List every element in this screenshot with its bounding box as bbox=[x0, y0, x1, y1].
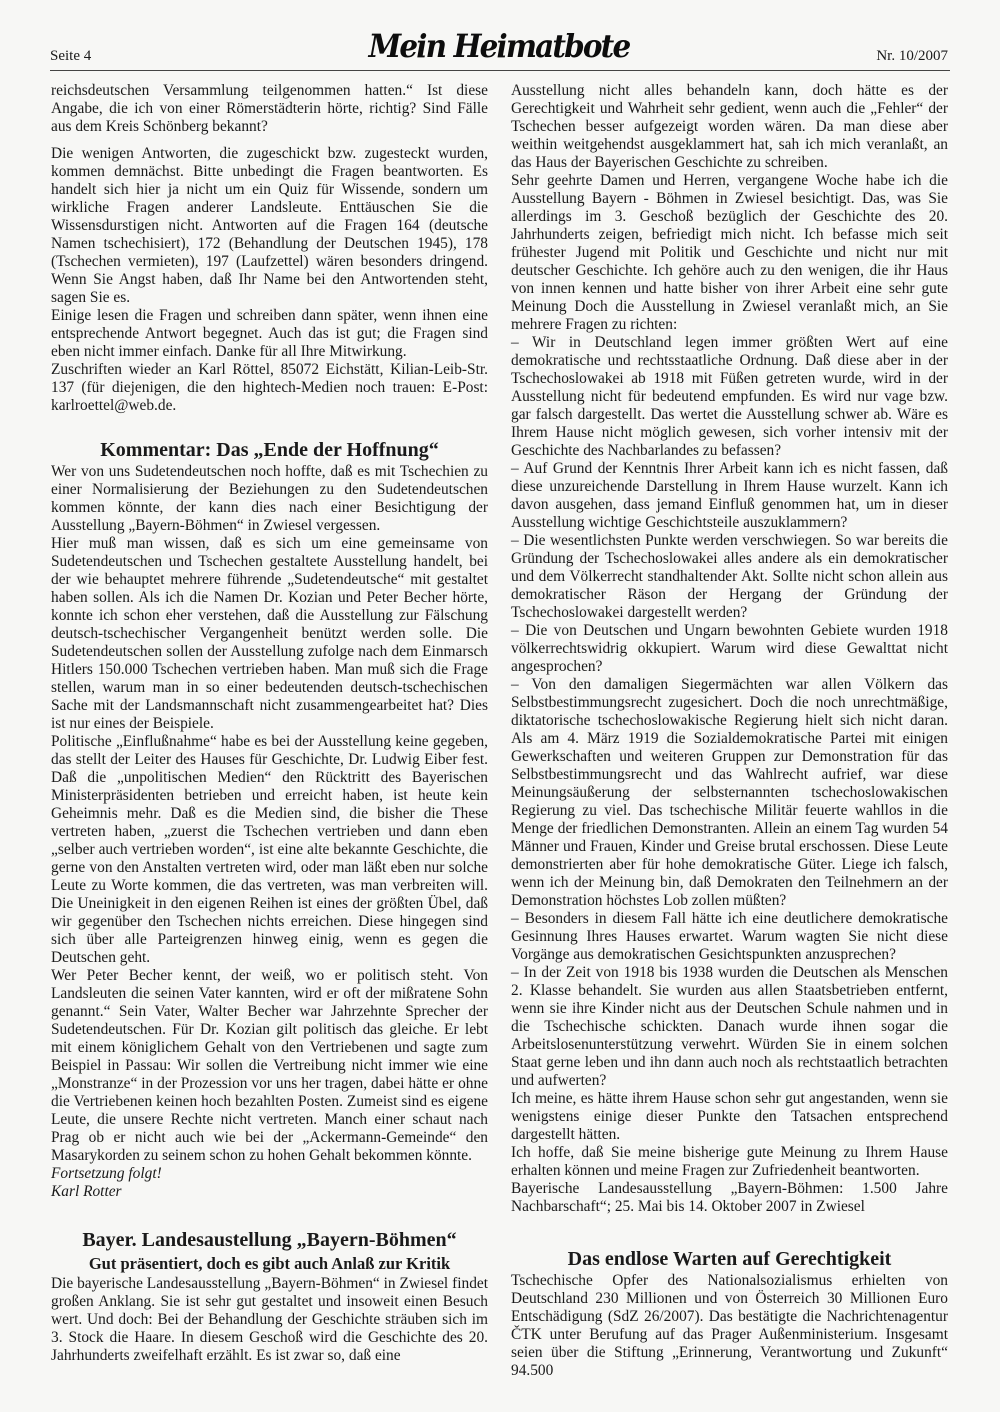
intro-paragraph: Zuschriften wieder an Karl Röttel, 85072… bbox=[51, 361, 488, 415]
letter-paragraph: Ich meine, es hätte ihrem Hause schon se… bbox=[511, 1090, 948, 1144]
letter-question: – Die von Deutschen und Ungarn bewohnten… bbox=[511, 622, 948, 676]
header-rule bbox=[50, 70, 950, 71]
page-header: Seite 4 Mein Heimatbote Nr. 10/2007 bbox=[50, 26, 948, 72]
landesausstellung-headline: Bayer. Landesaustellung „Bayern-Böhmen“ bbox=[51, 1227, 488, 1253]
article-paragraph: Hier muß man wissen, daß es sich um eine… bbox=[51, 535, 488, 733]
article-paragraph: Ausstellung nicht alles behandeln kann, … bbox=[511, 82, 948, 172]
article-paragraph: Die bayerische Landesausstellung „Bayern… bbox=[51, 1275, 488, 1365]
warten-headline: Das endlose Warten auf Gerechtigkeit bbox=[511, 1246, 948, 1272]
intro-paragraph: Einige lesen die Fragen und schreiben da… bbox=[51, 307, 488, 361]
article-paragraph: Politische „Einflußnahme“ habe es bei de… bbox=[51, 733, 488, 967]
letter-paragraph: Ich hoffe, daß Sie meine bisherige gute … bbox=[511, 1144, 948, 1180]
landesausstellung-subtitle: Gut präsentiert, doch es gibt auch Anlaß… bbox=[51, 1253, 488, 1275]
letter-question: – Wir in Deutschland legen immer größten… bbox=[511, 334, 948, 460]
article-paragraph: Wer von uns Sudetendeutschen noch hoffte… bbox=[51, 463, 488, 535]
letter-question: – Die wesentlichsten Punkte werden versc… bbox=[511, 532, 948, 622]
page-number: Seite 4 bbox=[50, 48, 91, 65]
kommentar-headline: Kommentar: Das „Ende der Hoffnung“ bbox=[51, 437, 488, 463]
right-column: Ausstellung nicht alles behandeln kann, … bbox=[511, 82, 948, 1380]
masthead-logo: Mein Heimatbote bbox=[369, 26, 630, 66]
left-column: reichsdeutschen Versammlung teilgenommen… bbox=[51, 82, 488, 1365]
exhibition-info: Bayerische Landesausstellung „Bayern-Böh… bbox=[511, 1180, 948, 1216]
intro-paragraph: reichsdeutschen Versammlung teilgenommen… bbox=[51, 82, 488, 136]
issue-number: Nr. 10/2007 bbox=[876, 48, 948, 65]
article-paragraph: Wer Peter Becher kennt, der weiß, wo er … bbox=[51, 967, 488, 1165]
letter-question: – In der Zeit von 1918 bis 1938 wurden d… bbox=[511, 964, 948, 1090]
intro-paragraph: Die wenigen Antworten, die zugeschickt b… bbox=[51, 145, 488, 307]
letter-question: – Von den damaligen Siegermächten war al… bbox=[511, 676, 948, 910]
continued-note: Fortsetzung folgt! bbox=[51, 1165, 488, 1183]
letter-question: – Besonders in diesem Fall hätte ich ein… bbox=[511, 910, 948, 964]
author-byline: Karl Rotter bbox=[51, 1183, 488, 1201]
letter-paragraph: Sehr geehrte Damen und Herren, vergangen… bbox=[511, 172, 948, 334]
letter-question: – Auf Grund der Kenntnis Ihrer Arbeit ka… bbox=[511, 460, 948, 532]
article-paragraph: Tschechische Opfer des Nationalsozialism… bbox=[511, 1272, 948, 1380]
